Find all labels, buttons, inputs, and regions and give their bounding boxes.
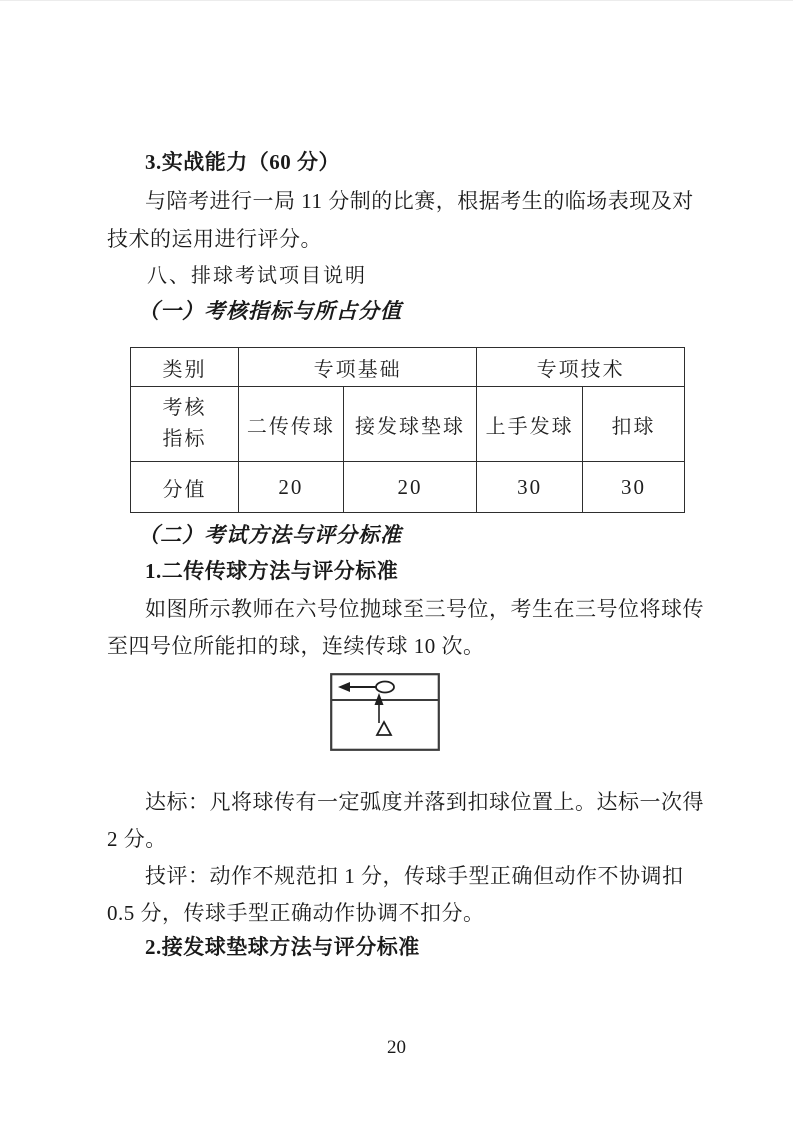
standard-paragraph-line-1: 达标：凡将球传有一定弧度并落到扣球位置上。达标一次得 xyxy=(145,790,704,814)
practical-paragraph-line-1: 与陪考进行一局 11 分制的比赛，根据考生的临场表现及对 xyxy=(145,189,694,213)
method-1-paragraph-line-2: 至四号位所能扣的球，连续传球 10 次。 xyxy=(107,634,485,658)
cell-indicator-setting-pass: 二传传球 xyxy=(239,387,344,462)
cell-indicator-label: 考核指标 xyxy=(131,387,239,462)
page-number: 20 xyxy=(0,1037,793,1059)
cell-score-setting-pass: 20 xyxy=(239,462,344,513)
practical-paragraph-line-2: 技术的运用进行评分。 xyxy=(107,227,322,251)
score-allocation-table: 类别 专项基础 专项技术 考核指标 二传传球 接发球垫球 上手发球 扣球 分值 … xyxy=(130,347,685,513)
document-page: 3.实战能力（60 分） 与陪考进行一局 11 分制的比赛，根据考生的临场表现及… xyxy=(0,0,793,1122)
method-1-paragraph-line-1: 如图所示教师在六号位抛球至三号位，考生在三号位将球传 xyxy=(145,597,704,621)
table-row-indicators: 考核指标 二传传球 接发球垫球 上手发球 扣球 xyxy=(131,387,685,462)
cell-score-receive-dig: 20 xyxy=(343,462,477,513)
method-1-heading: 1.二传传球方法与评分标准 xyxy=(145,559,398,583)
cell-indicator-spike: 扣球 xyxy=(583,387,685,462)
cell-group-technique: 专项技术 xyxy=(477,348,685,387)
subsection-2-heading: （二）考试方法与评分标准 xyxy=(138,523,402,547)
table-row-category: 类别 专项基础 专项技术 xyxy=(131,348,685,387)
player-triangle xyxy=(377,722,391,735)
chapter-heading-volleyball: 八、排球考试项目说明 xyxy=(147,264,367,288)
subsection-1-heading: （一）考核指标与所占分值 xyxy=(138,299,402,323)
court-pass-diagram xyxy=(330,673,440,751)
indicator-label-text: 考核指标 xyxy=(161,393,209,455)
table-row-scores: 分值 20 20 30 30 xyxy=(131,462,685,513)
standard-paragraph-line-2: 2 分。 xyxy=(107,827,167,851)
cell-indicator-receive-dig: 接发球垫球 xyxy=(343,387,477,462)
ball-circle xyxy=(376,682,394,693)
cell-score-overhand-serve: 30 xyxy=(477,462,583,513)
pass-arrow-left-head xyxy=(338,682,350,692)
skill-paragraph-line-1: 技评：动作不规范扣 1 分，传球手型正确但动作不协调扣 xyxy=(145,864,684,888)
cell-score-spike: 30 xyxy=(583,462,685,513)
method-2-heading: 2.接发球垫球方法与评分标准 xyxy=(145,935,420,959)
cell-group-basic: 专项基础 xyxy=(239,348,477,387)
practical-ability-heading: 3.实战能力（60 分） xyxy=(145,150,340,174)
cell-score-label: 分值 xyxy=(131,462,239,513)
skill-paragraph-line-2: 0.5 分，传球手型正确动作协调不扣分。 xyxy=(107,901,485,925)
cell-indicator-overhand-serve: 上手发球 xyxy=(477,387,583,462)
cell-category-label: 类别 xyxy=(131,348,239,387)
